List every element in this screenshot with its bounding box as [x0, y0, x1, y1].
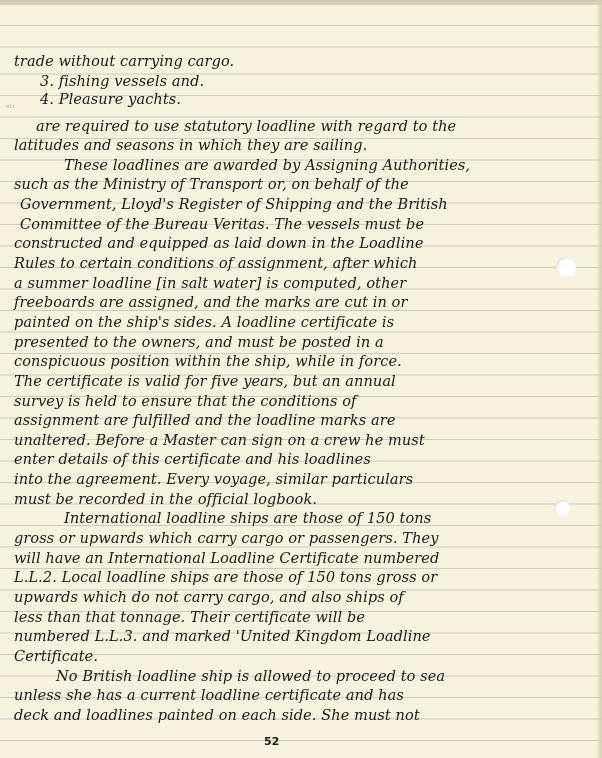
text-line: Certificate.: [14, 649, 98, 665]
text-line: International loadline ships are those o…: [64, 511, 431, 527]
text-line: 3. fishing vessels and.: [40, 74, 204, 90]
text-line: Rules to certain conditions of assignmen…: [14, 256, 417, 272]
text-line: less than that tonnage. Their certificat…: [14, 610, 365, 626]
text-line: L.L.2. Local loadline ships are those of…: [14, 570, 437, 586]
text-line: into the agreement. Every voyage, simila…: [14, 472, 413, 488]
punch-hole: [554, 500, 570, 516]
page-number: 52: [264, 735, 279, 748]
text-line: a summer loadline [in salt water] is com…: [14, 276, 406, 292]
text-line: 4. Pleasure yachts.: [40, 92, 181, 108]
text-line: deck and loadlines painted on each side.…: [14, 708, 420, 724]
text-line: such as the Ministry of Transport or, on…: [14, 177, 409, 193]
text-line: The certificate is valid for five years,…: [14, 374, 396, 390]
text-line: Committee of the Bureau Veritas. The ves…: [20, 217, 424, 233]
margin-mark: ᵃ¹ᵗ: [6, 103, 15, 112]
text-line: trade without carrying cargo.: [14, 54, 234, 70]
text-line: gross or upwards which carry cargo or pa…: [14, 531, 438, 547]
text-line: No British loadline ship is allowed to p…: [56, 669, 445, 685]
text-line: numbered L.L.3. and marked 'United Kingd…: [14, 629, 431, 645]
text-line: unaltered. Before a Master can sign on a…: [14, 433, 425, 449]
text-line: survey is held to ensure that the condit…: [14, 394, 357, 410]
text-line: freeboards are assigned, and the marks a…: [14, 295, 408, 311]
text-line: will have an International Loadline Cert…: [14, 551, 439, 567]
punch-hole: [556, 257, 576, 277]
text-line: These loadlines are awarded by Assigning…: [64, 158, 470, 174]
page-edge: [596, 0, 602, 758]
text-line: constructed and equipped as laid down in…: [14, 236, 424, 252]
text-line: latitudes and seasons in which they are …: [14, 138, 367, 154]
notebook-page: ᵃ¹ᵗ trade without carrying cargo.3. fish…: [0, 0, 602, 758]
text-line: assignment are fulfilled and the loadlin…: [14, 413, 396, 429]
text-line: Government, Lloyd's Register of Shipping…: [20, 197, 448, 213]
text-line: conspicuous position within the ship, wh…: [14, 354, 402, 370]
text-line: upwards which do not carry cargo, and al…: [14, 590, 404, 606]
text-line: enter details of this certificate and hi…: [14, 452, 371, 468]
text-line: are required to use statutory loadline w…: [36, 119, 456, 135]
text-line: painted on the ship's sides. A loadline …: [14, 315, 394, 331]
text-line: must be recorded in the official logbook…: [14, 492, 317, 508]
text-line: unless she has a current loadline certif…: [14, 688, 404, 704]
text-line: presented to the owners, and must be pos…: [14, 335, 384, 351]
